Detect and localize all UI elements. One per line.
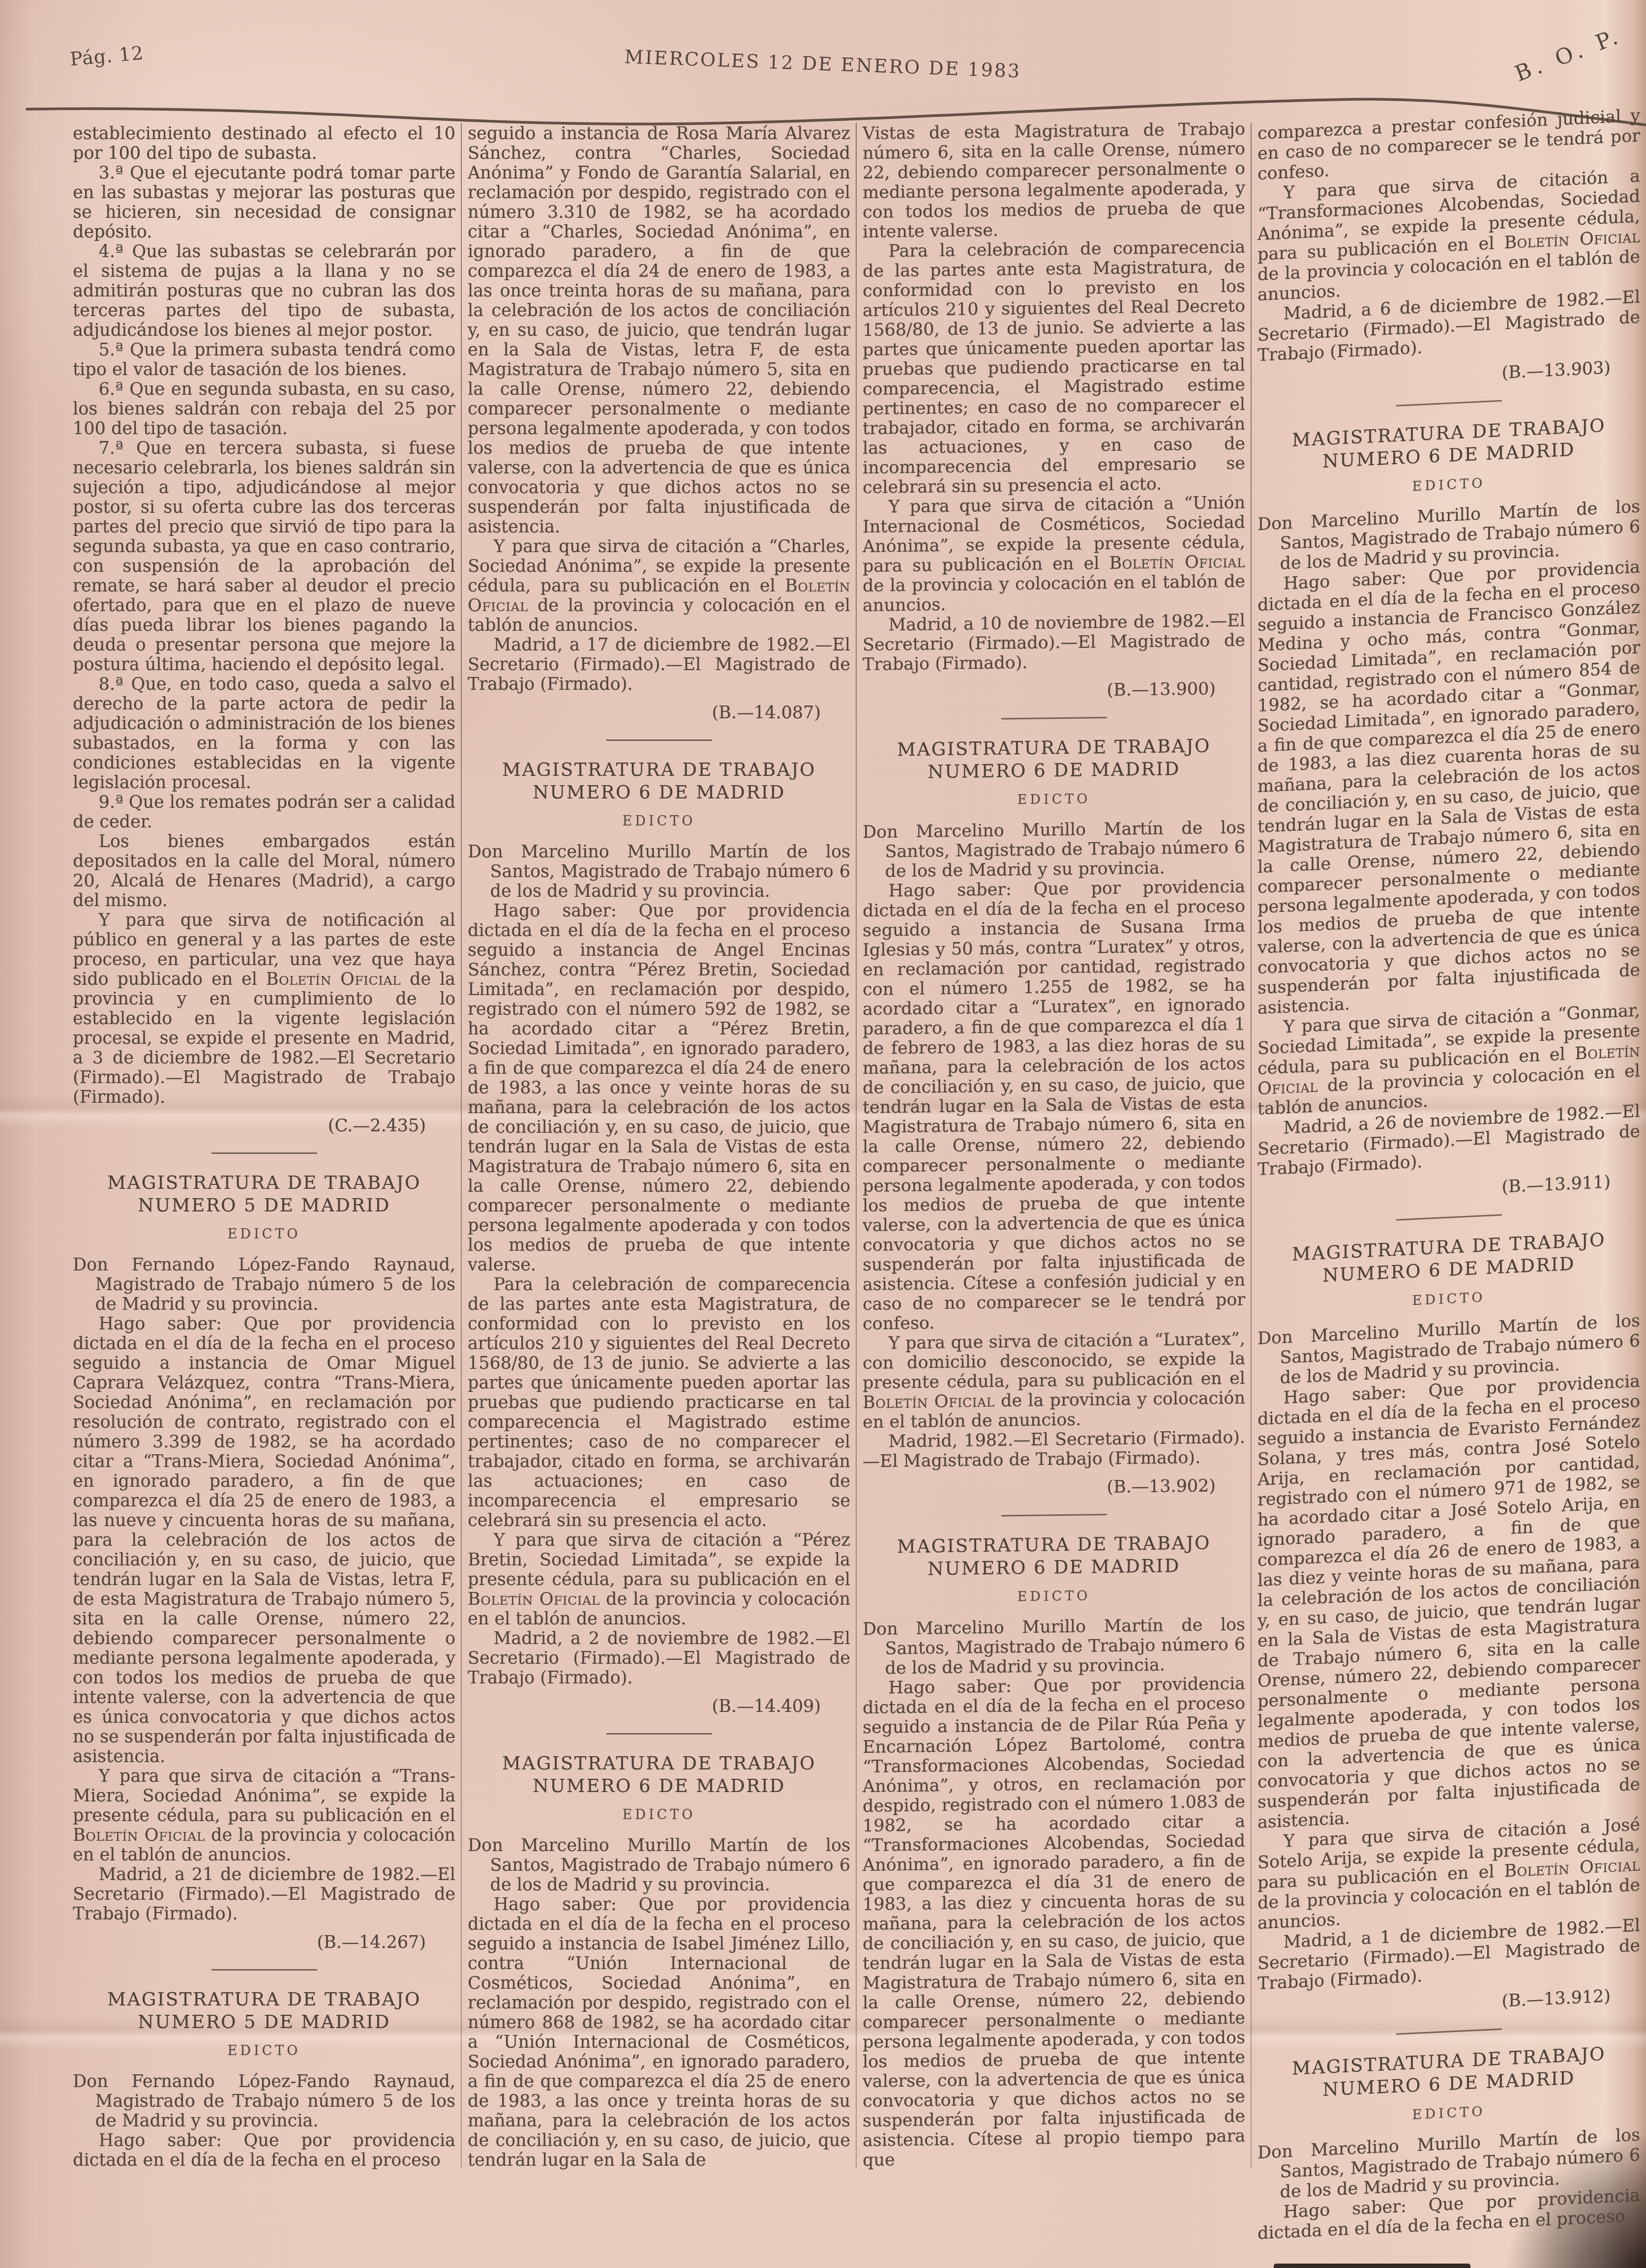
notice-heading: MAGISTRATURA DE TRABAJO NUMERO 5 DE MADR…: [79, 1172, 449, 1217]
notice-heading: MAGISTRATURA DE TRABAJO NUMERO 6 DE MADR…: [1263, 2041, 1634, 2104]
column-4: comparezca a prestar confesión judicial …: [1257, 106, 1640, 2244]
paragraph: seguido a instancia de Rosa María Alvare…: [468, 124, 850, 537]
paragraph: 9.ª Que los remates podrán ser a calidad…: [73, 793, 455, 832]
reference-number: (B.—13.911): [1257, 1172, 1611, 1209]
paragraph: Hago saber: Que por providencia dictada …: [73, 1314, 455, 1767]
notice-separator: [1001, 717, 1107, 720]
page-number: Pág. 12: [69, 42, 145, 70]
paragraph: Don Marcelino Murillo Martín de los Sant…: [863, 1615, 1245, 1679]
paragraph: Hago saber: Que por providencia dictada …: [863, 1674, 1245, 2170]
notice-separator: [211, 1152, 317, 1154]
notice-heading: MAGISTRATURA DE TRABAJO NUMERO 6 DE MADR…: [474, 1752, 844, 1797]
reference-number: (B.—13.903): [1257, 358, 1611, 395]
notice-heading: MAGISTRATURA DE TRABAJO NUMERO 6 DE MADR…: [1263, 413, 1634, 476]
column-3: Vistas de esta Magistratura de Trabajo n…: [863, 119, 1245, 2244]
edicto-label: EDICTO: [468, 1805, 850, 1825]
edicto-label: EDICTO: [863, 787, 1245, 812]
paragraph: Madrid, a 10 de noviembre de 1982.—El Se…: [863, 611, 1245, 675]
paragraph: Hago saber: Que por providencia dictada …: [468, 1895, 850, 2170]
paragraph: Y para que sirva de citación a “Trans-Mi…: [73, 1767, 455, 1865]
edicto-label: EDICTO: [863, 1584, 1245, 1609]
notice-heading: MAGISTRATURA DE TRABAJO NUMERO 6 DE MADR…: [868, 735, 1239, 784]
paragraph: Hago saber: Que por providencia dictada …: [1257, 1371, 1640, 1833]
paragraph: Hago saber: Que por providencia dictada …: [468, 901, 850, 1275]
paragraph: Hago saber: Que por providencia dictada …: [863, 877, 1245, 1334]
edicto-label: EDICTO: [468, 812, 850, 831]
paragraph: Don Fernando López-Fando Raynaud, Magist…: [73, 1255, 455, 1314]
edicto-label: EDICTO: [73, 2041, 455, 2061]
paragraph: Hago saber: Que por providencia dictada …: [73, 2131, 455, 2170]
paragraph: 6.ª Que en segunda subasta, en su caso, …: [73, 380, 455, 439]
paragraph: Madrid, a 21 de diciembre de 1982.—El Se…: [73, 1865, 455, 1924]
left-edge-shadow: [0, 0, 34, 2268]
notice-separator: [1396, 2029, 1502, 2035]
paragraph: 3.ª Que el ejecutante podrá tomar parte …: [73, 163, 455, 242]
paragraph: 8.ª Que, en todo caso, queda a salvo el …: [73, 675, 455, 793]
reference-number: (B.—14.267): [73, 1933, 426, 1952]
notice-separator: [1396, 400, 1502, 407]
paragraph: Don Fernando López-Fando Raynaud, Magist…: [73, 2072, 455, 2131]
paragraph: Y para que sirva de citación a “Pérez Br…: [468, 1531, 850, 1629]
paragraph: Para la celebración de comparecencia de …: [468, 1275, 850, 1531]
reference-number: (B.—14.409): [468, 1697, 821, 1716]
paragraph: Y para que sirva de citación a “Luratex”…: [863, 1329, 1245, 1432]
notice-heading: MAGISTRATURA DE TRABAJO NUMERO 6 DE MADR…: [1263, 1227, 1634, 1290]
reference-number: (B.—13.902): [863, 1476, 1216, 1500]
notice-separator: [1396, 1214, 1502, 1221]
paragraph: Vistas de esta Magistratura de Trabajo n…: [863, 119, 1245, 242]
notice-separator: [606, 739, 712, 741]
paragraph: Madrid, a 2 de noviembre de 1982.—El Sec…: [468, 1629, 850, 1688]
notice-separator: [606, 1733, 712, 1735]
paragraph: Para la celebración de comparecencia de …: [863, 237, 1245, 498]
notice-separator: [1001, 1514, 1107, 1517]
paragraph: Y para que sirva de citación a “Gonmar, …: [1257, 1001, 1640, 1119]
scan-edge-artifact: [1274, 2264, 1470, 2268]
paragraph: establecimiento destinado al efecto el 1…: [73, 124, 455, 163]
paragraph: Los bienes embargados están depositados …: [73, 832, 455, 911]
notice-heading: MAGISTRATURA DE TRABAJO NUMERO 5 DE MADR…: [79, 1988, 449, 2033]
paragraph: 5.ª Que la primera subasta tendrá como t…: [73, 340, 455, 380]
paragraph: Madrid, a 17 de diciembre de 1982.—El Se…: [468, 635, 850, 694]
paragraph: Y para que sirva de citación a José Sote…: [1257, 1815, 1640, 1934]
paragraph: 7.ª Que en tercera subasta, si fuese nec…: [73, 439, 455, 675]
reference-number: (C.—2.435): [73, 1116, 426, 1136]
column-1: establecimiento destinado al efecto el 1…: [73, 124, 455, 2244]
paragraph: Y para que sirva de citación a “Charles,…: [468, 537, 850, 635]
paragraph: Y para que sirva de citación a “Transfor…: [1257, 166, 1640, 305]
scanned-gazette-page: { "header": { "page_number": "Pág. 12", …: [0, 0, 1646, 2268]
column-2: seguido a instancia de Rosa María Alvare…: [468, 124, 850, 2244]
paragraph: Don Marcelino Murillo Martín de los Sant…: [468, 842, 850, 901]
paragraph: Hago saber: Que por providencia dictada …: [1257, 557, 1640, 1019]
reference-number: (B.—13.900): [863, 679, 1216, 703]
edicto-label: EDICTO: [73, 1225, 455, 1244]
notice-heading: MAGISTRATURA DE TRABAJO NUMERO 6 DE MADR…: [868, 1532, 1239, 1581]
notice-separator: [211, 1969, 317, 1971]
paragraph: Madrid, 1982.—El Secretario (Firmado).—E…: [863, 1427, 1245, 1472]
paragraph: 4.ª Que las subastas se celebrarán por e…: [73, 242, 455, 340]
reference-number: (B.—13.912): [1257, 1986, 1611, 2023]
text-columns: establecimiento destinado al efecto el 1…: [73, 124, 1640, 2244]
paragraph: Don Marcelino Murillo Martín de los Sant…: [863, 818, 1245, 882]
notice-heading: MAGISTRATURA DE TRABAJO NUMERO 6 DE MADR…: [474, 759, 844, 804]
date-header: MIERCOLES 12 DE ENERO DE 1983: [429, 39, 1217, 89]
paragraph: Y para que sirva de notificación al públ…: [73, 911, 455, 1107]
reference-number: (B.—14.087): [468, 703, 821, 723]
paragraph: Don Marcelino Murillo Martín de los Sant…: [468, 1836, 850, 1895]
paragraph: Y para que sirva de citación a “Unión In…: [863, 493, 1245, 616]
